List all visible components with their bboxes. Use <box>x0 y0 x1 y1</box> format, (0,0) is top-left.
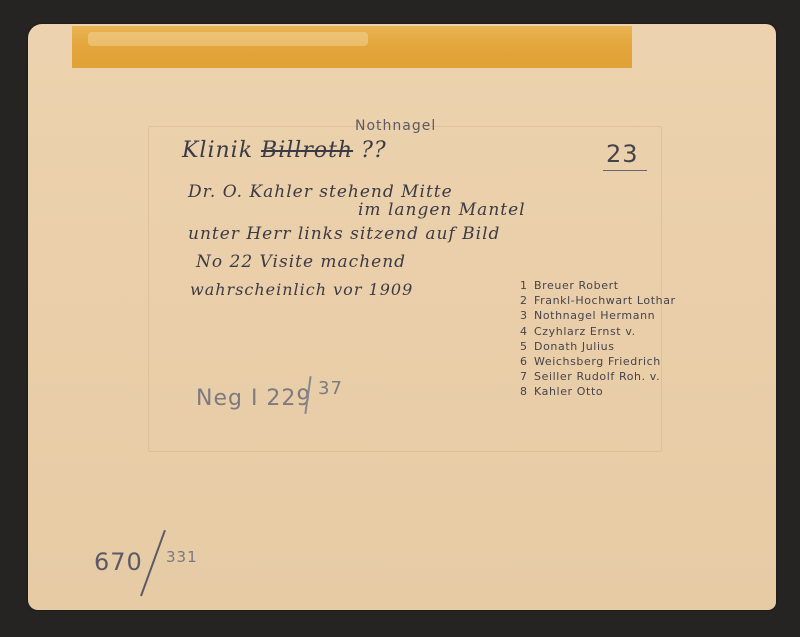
names-list-item: 1Breuer Robert <box>520 278 676 293</box>
heading-suffix: ?? <box>361 138 387 163</box>
description-line-4: No 22 Visite machend <box>196 252 406 272</box>
description-line-1: Dr. O. Kahler stehend Mitte <box>188 182 453 202</box>
names-list-item: 3Nothnagel Hermann <box>520 308 676 323</box>
names-list-item: 8Kahler Otto <box>520 384 676 399</box>
description-line-5: wahrscheinlich vor 1909 <box>190 280 413 299</box>
inventory-ref-sub: 331 <box>166 548 198 566</box>
heading: Klinik Billroth ?? <box>182 138 387 163</box>
negative-ref-label: Neg I 229 <box>196 386 311 411</box>
item-number: 23 <box>606 140 639 168</box>
names-list-item: 6Weichsberg Friedrich <box>520 354 676 369</box>
description-line-3: unter Herr links sitzend auf Bild <box>188 224 500 244</box>
names-list-item: 4Czyhlarz Ernst v. <box>520 324 676 339</box>
negative-ref-sub: 37 <box>318 378 343 399</box>
heading-prefix: Klinik <box>182 138 253 163</box>
description-line-2: im langen Mantel <box>358 200 526 220</box>
names-list: 1Breuer Robert 2Frankl-Hochwart Lothar 3… <box>520 278 676 400</box>
names-list-item: 5Donath Julius <box>520 339 676 354</box>
item-number-underline <box>603 170 647 171</box>
names-list-item: 7Seiller Rudolf Roh. v. <box>520 369 676 384</box>
names-list-item: 2Frankl-Hochwart Lothar <box>520 293 676 308</box>
tape-worn-area <box>88 32 368 46</box>
inventory-ref-main: 670 <box>94 548 143 576</box>
heading-correction: Nothnagel <box>355 118 436 134</box>
heading-struck-name: Billroth <box>261 138 353 163</box>
